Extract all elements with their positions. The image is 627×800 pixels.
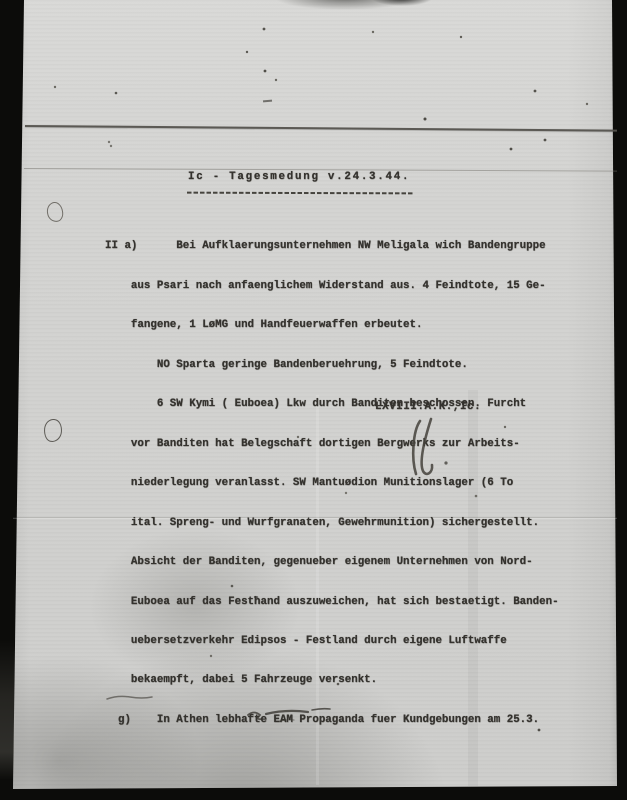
dust-specks (0, 0, 2, 2)
film-border-patch (0, 640, 14, 780)
body-line: ital. Spreng- und Wurfgranaten, Gewehrmu… (105, 517, 559, 530)
pencil-smudge (106, 694, 154, 702)
body-line: uebersetzverkehr Edipsos - Festland durc… (105, 635, 559, 648)
body-line: bekaempft, dabei 5 Fahrzeuge versenkt. (105, 674, 559, 687)
body-line: II a) Bei Aufklaerungsunternehmen NW Mel… (105, 240, 559, 253)
body-line: aus Psari nach anfaenglichem Widerstand … (105, 280, 559, 293)
scanned-document-photo: Ic - Tagesmedung v.24.3.44. II a) Bei Au… (0, 0, 627, 800)
body-line: NO Sparta geringe Bandenberuehrung, 5 Fe… (105, 359, 559, 372)
body-line: Absicht der Banditen, gegenueber eigenem… (105, 556, 559, 569)
body-line: 6 SW Kymi ( Euboea) Lkw durch Banditen b… (105, 398, 559, 411)
pencil-smudge (246, 706, 332, 724)
unit-signoff: LXVIII.A.K.,Ic. (375, 401, 481, 413)
document-title: Ic - Tagesmedung v.24.3.44. (188, 170, 410, 184)
body-line: vor Banditen hat Belegschaft dortigen Be… (105, 438, 559, 451)
body-line: fangene, 1 LøMG und Handfeuerwaffen erbe… (105, 319, 559, 332)
document-body: II a) Bei Aufklaerungsunternehmen NW Mel… (105, 214, 559, 753)
handwritten-initials-mark (403, 414, 455, 482)
body-line: Euboea auf das Festħand auszuweichen, ha… (105, 596, 559, 609)
body-line: niederlegung veranlasst. SW Mantuødion M… (105, 477, 559, 490)
